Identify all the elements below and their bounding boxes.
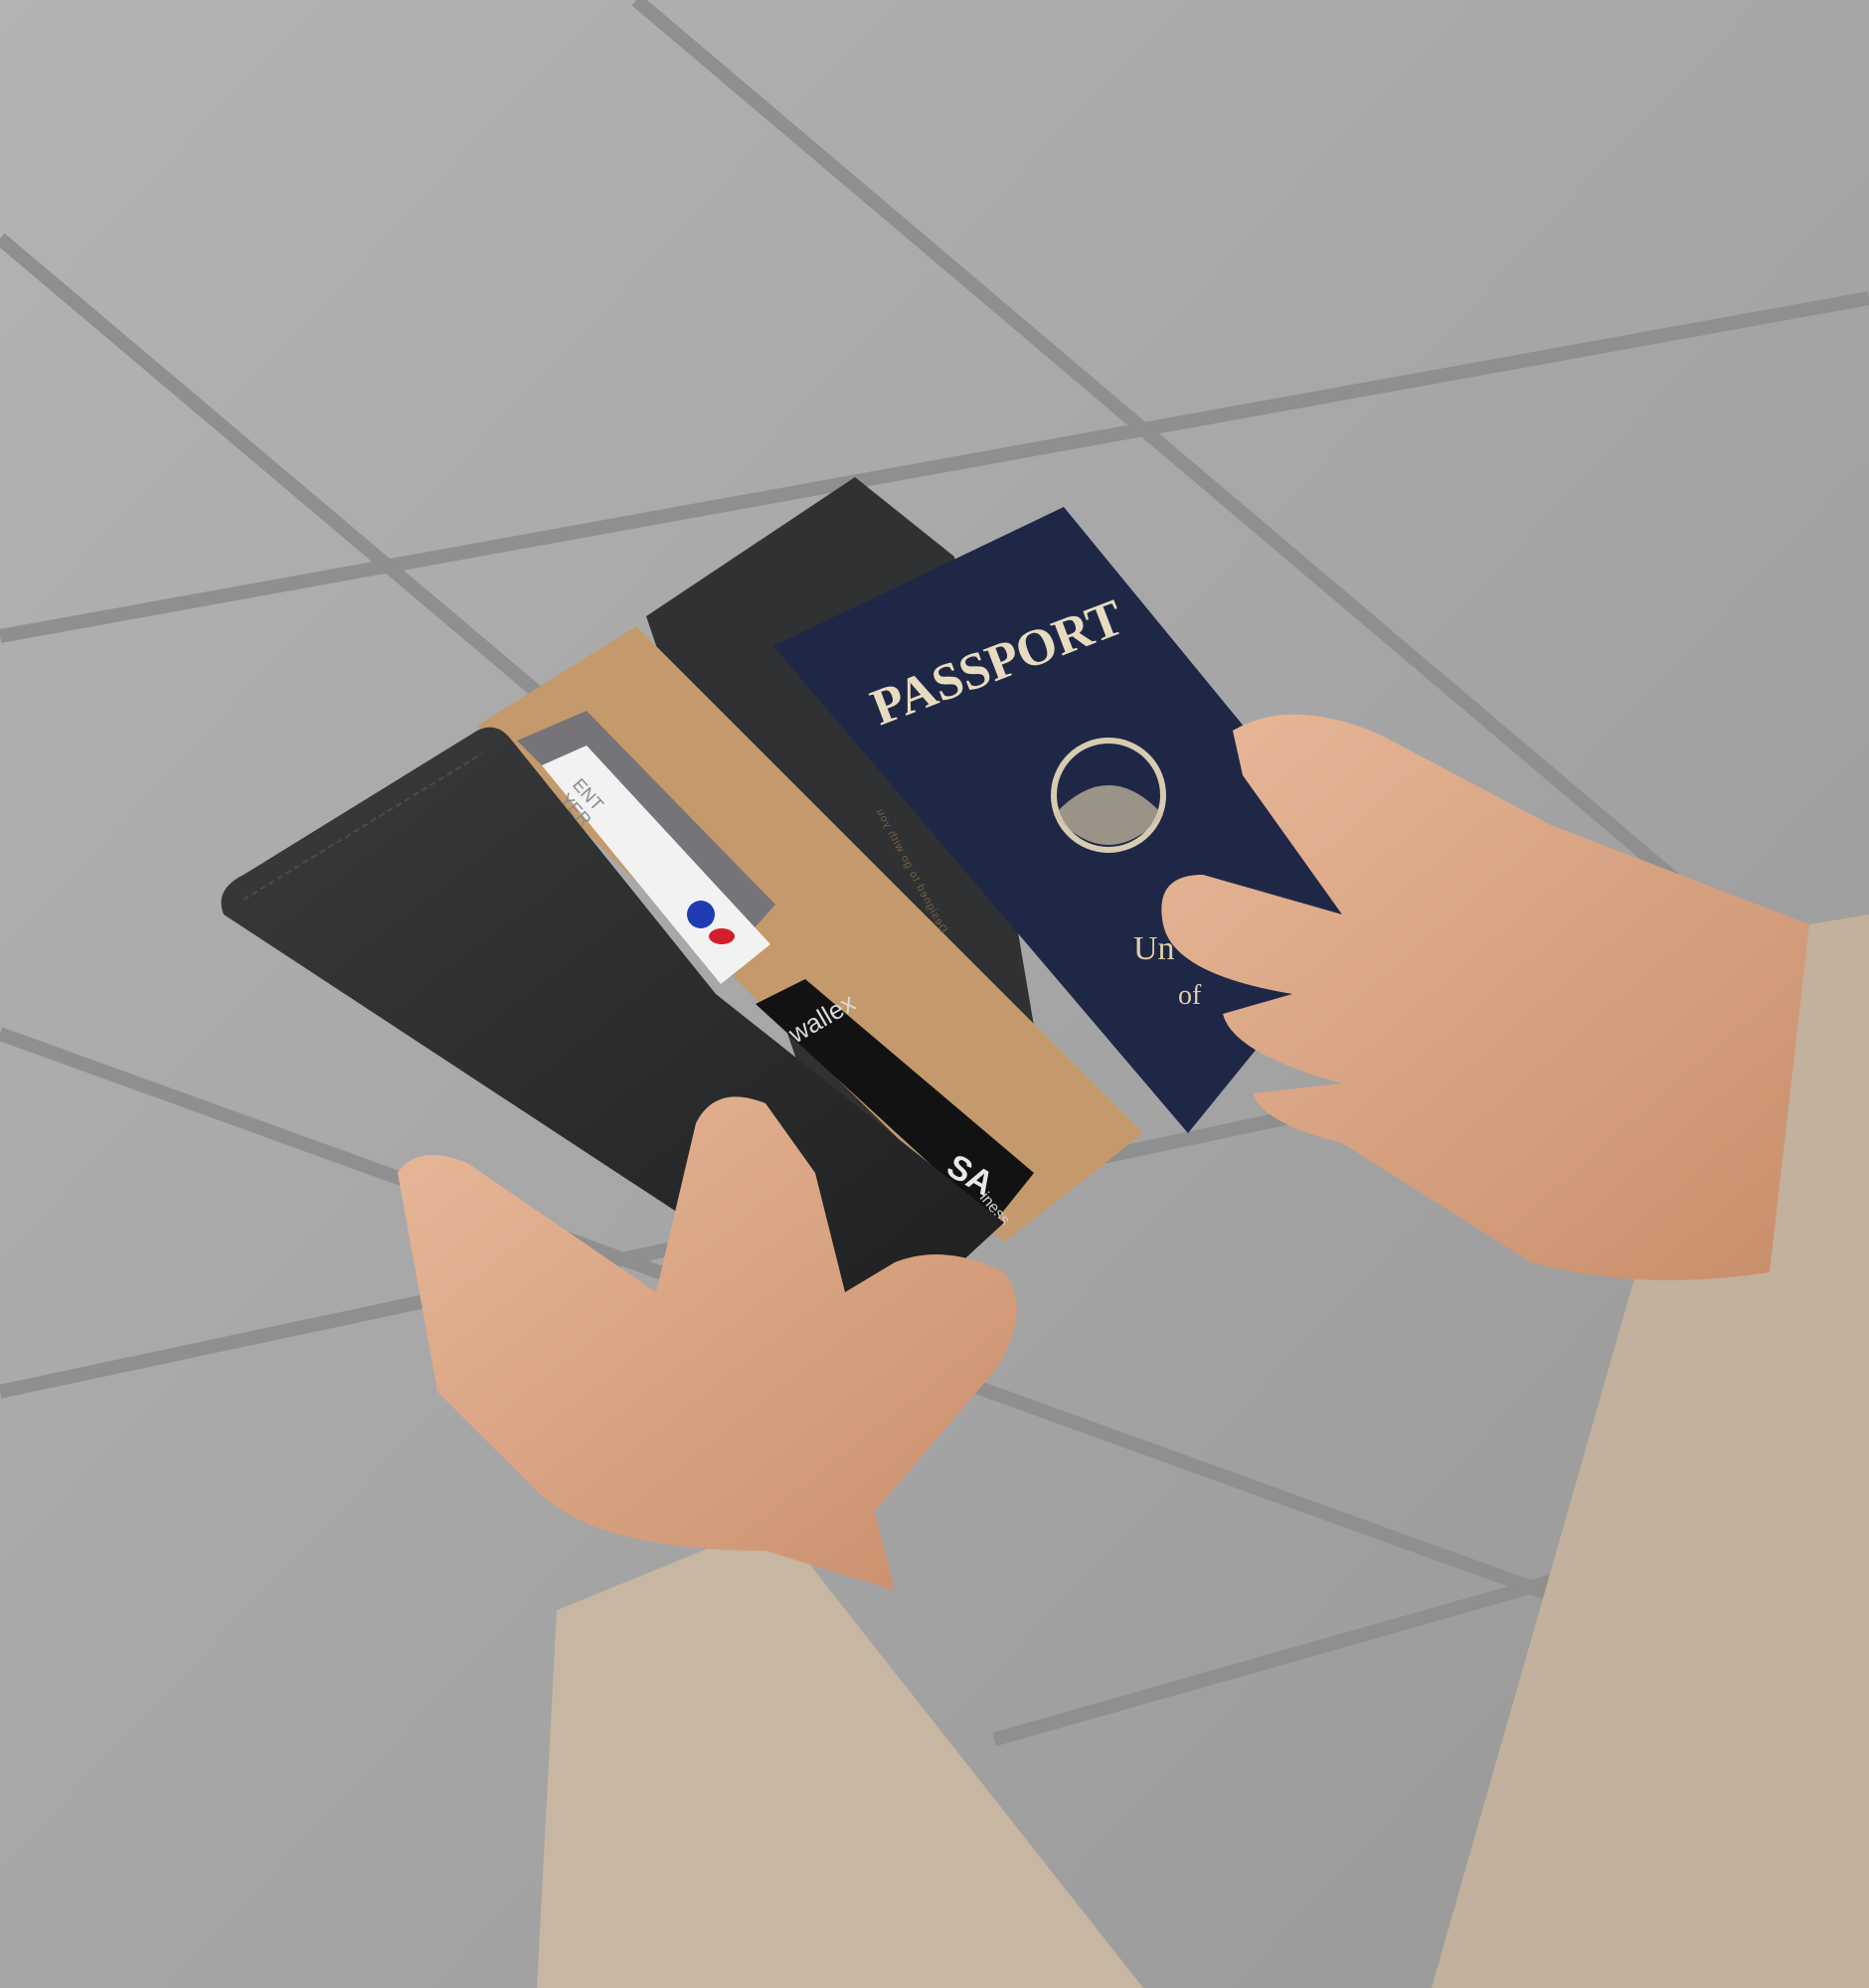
photograph: PASSPORT Un of ENT YER wallex SA iness	[0, 0, 1869, 1988]
passport-line2-text: of	[1178, 980, 1202, 1011]
photo-scene: PASSPORT Un of ENT YER wallex SA iness	[0, 0, 1869, 1988]
